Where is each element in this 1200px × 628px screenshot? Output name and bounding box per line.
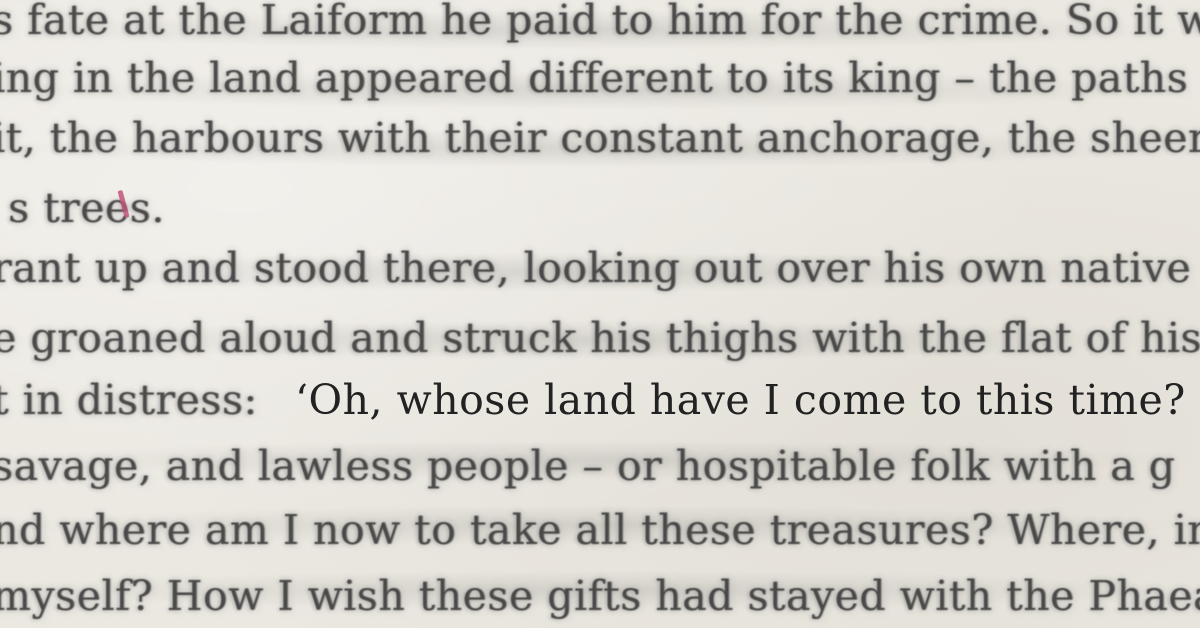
- text-line-7-prefix: t in distress:: [0, 380, 258, 421]
- text-line-5: rant up and stood there, looking out ove…: [0, 248, 1191, 289]
- text-line-1: s fate at the Laiform he paid to him for…: [0, 0, 1200, 41]
- text-line-7-clear: ‘Oh, whose land have I come to this time…: [295, 380, 1186, 421]
- text-line-2: ing in the land appeared different to it…: [0, 58, 1188, 99]
- text-line-3: it, the harbours with their constant anc…: [0, 118, 1200, 159]
- text-line-8: savage, and lawless people – or hospitab…: [0, 446, 1175, 487]
- text-line-4: s trees.: [8, 188, 165, 229]
- text-line-6: e groaned aloud and struck his thighs wi…: [0, 318, 1200, 359]
- text-line-9: nd where am I now to take all these trea…: [0, 510, 1200, 551]
- book-page: s fate at the Laiform he paid to him for…: [0, 0, 1200, 628]
- text-line-10: myself? How I wish these gifts had staye…: [0, 576, 1200, 617]
